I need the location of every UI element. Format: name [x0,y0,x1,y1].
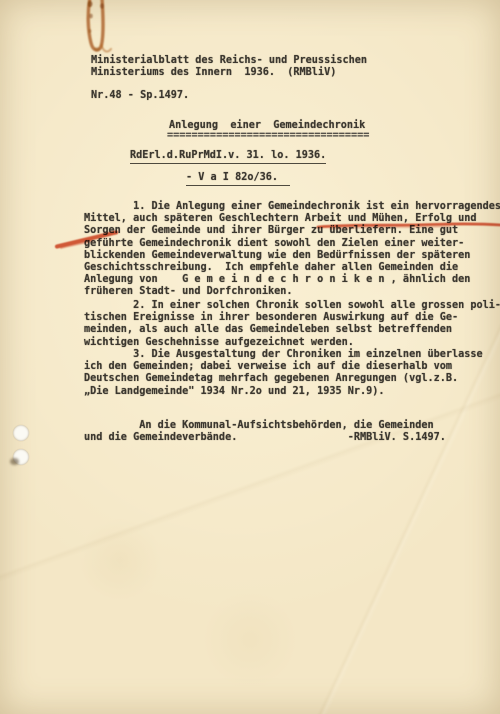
issue-reference: Nr.48 - Sp.1497. [91,90,189,102]
scanned-document-page: Ministerialblatt des Reichs- und Preussi… [0,0,500,714]
paragraph-3: 3. Die Ausgestaltung der Chroniken im ei… [84,349,483,398]
decree-reference-text: RdErl.d.RuPrMdI.v. 31. lo. 1936. [130,150,326,164]
closing-distribution: An die Kommunal-Aufsichtsbehörden, die G… [84,420,446,444]
punch-hole-bottom [13,449,29,465]
paragraph-1: 1. Die Anlegung einer Gemeindechronik is… [84,201,500,299]
title-underline: ================================= [167,130,369,142]
paragraph-2: 2. In einer solchen Chronik sollen sowoh… [84,300,500,349]
decree-reference: RdErl.d.RuPrMdI.v. 31. lo. 1936. [130,150,326,164]
file-number-text: - V a I 82o/36. [186,172,290,186]
file-number: - V a I 82o/36. [186,172,290,186]
doc-header: Ministerialblatt des Reichs- und Preussi… [91,55,367,79]
punch-hole-top [13,425,29,441]
